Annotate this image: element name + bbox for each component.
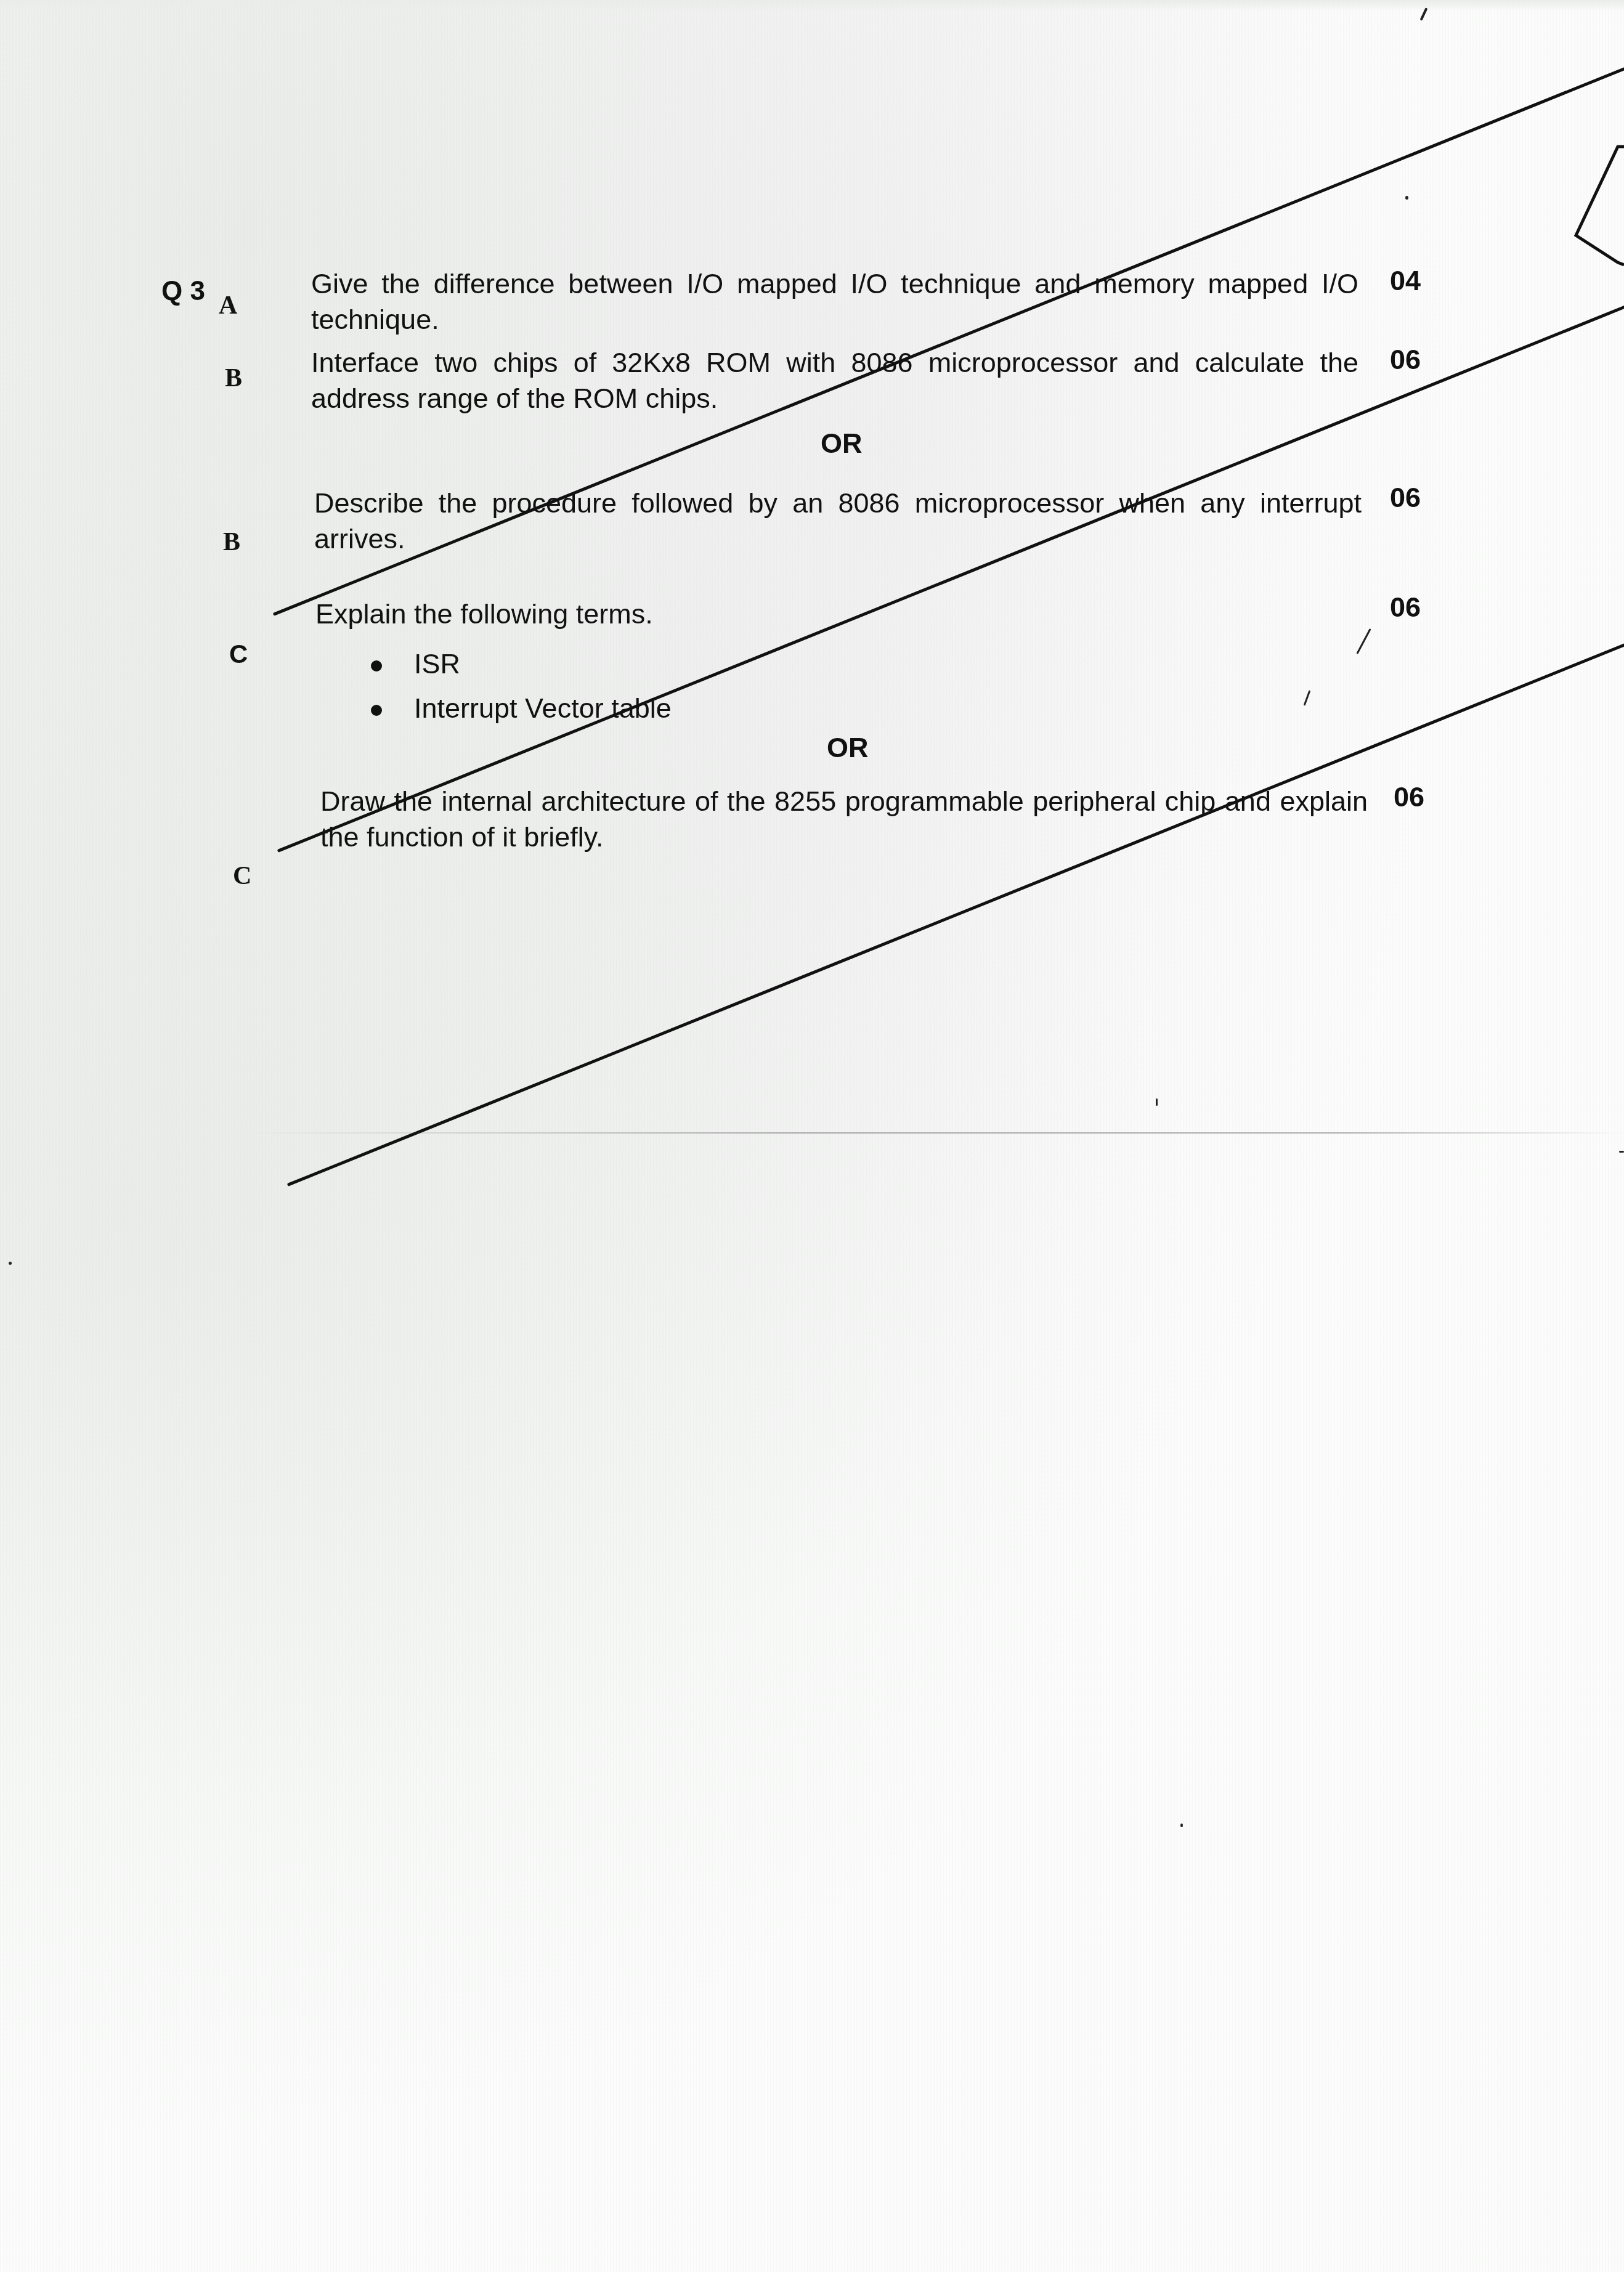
dot-mark: [9, 1262, 12, 1265]
question-c-alt-marks: 06: [1394, 781, 1424, 813]
question-a-text: Give the difference between I/O mapped I…: [311, 266, 1358, 338]
term-item: Interrupt Vector table: [315, 686, 1363, 731]
scan-edge: [0, 0, 1624, 11]
question-a-marks: 04: [1390, 265, 1421, 297]
question-b-alt-marks: 06: [1390, 482, 1421, 514]
sub-label-c: C: [229, 639, 248, 669]
or-separator-2: OR: [827, 732, 869, 764]
question-c-text: Explain the following terms. ISR Interru…: [315, 596, 1363, 731]
terms-list: ISR Interrupt Vector table: [315, 642, 1363, 731]
paper-texture: [0, 0, 1624, 2272]
dot-mark: [1619, 1151, 1624, 1153]
question-number: Q 3: [161, 276, 205, 307]
sub-label-b: B: [225, 363, 242, 393]
question-b-text: Interface two chips of 32Kx8 ROM with 80…: [311, 345, 1358, 416]
or-separator-1: OR: [821, 428, 863, 460]
question-c-marks: 06: [1390, 591, 1421, 623]
dot-mark: [1156, 1098, 1158, 1106]
question-c-alt-text: Draw the internal architecture of the 82…: [320, 784, 1368, 855]
corner-box-mark: [1556, 142, 1624, 277]
fold-line: [246, 1132, 1624, 1134]
question-b-marks: 06: [1390, 344, 1421, 376]
question-b-alt-text: Describe the procedure followed by an 80…: [314, 485, 1362, 557]
dot-mark: [1405, 196, 1408, 200]
term-item: ISR: [315, 642, 1363, 686]
dot-mark: [1180, 1824, 1183, 1827]
sub-label-c-alt: C: [233, 861, 1624, 891]
